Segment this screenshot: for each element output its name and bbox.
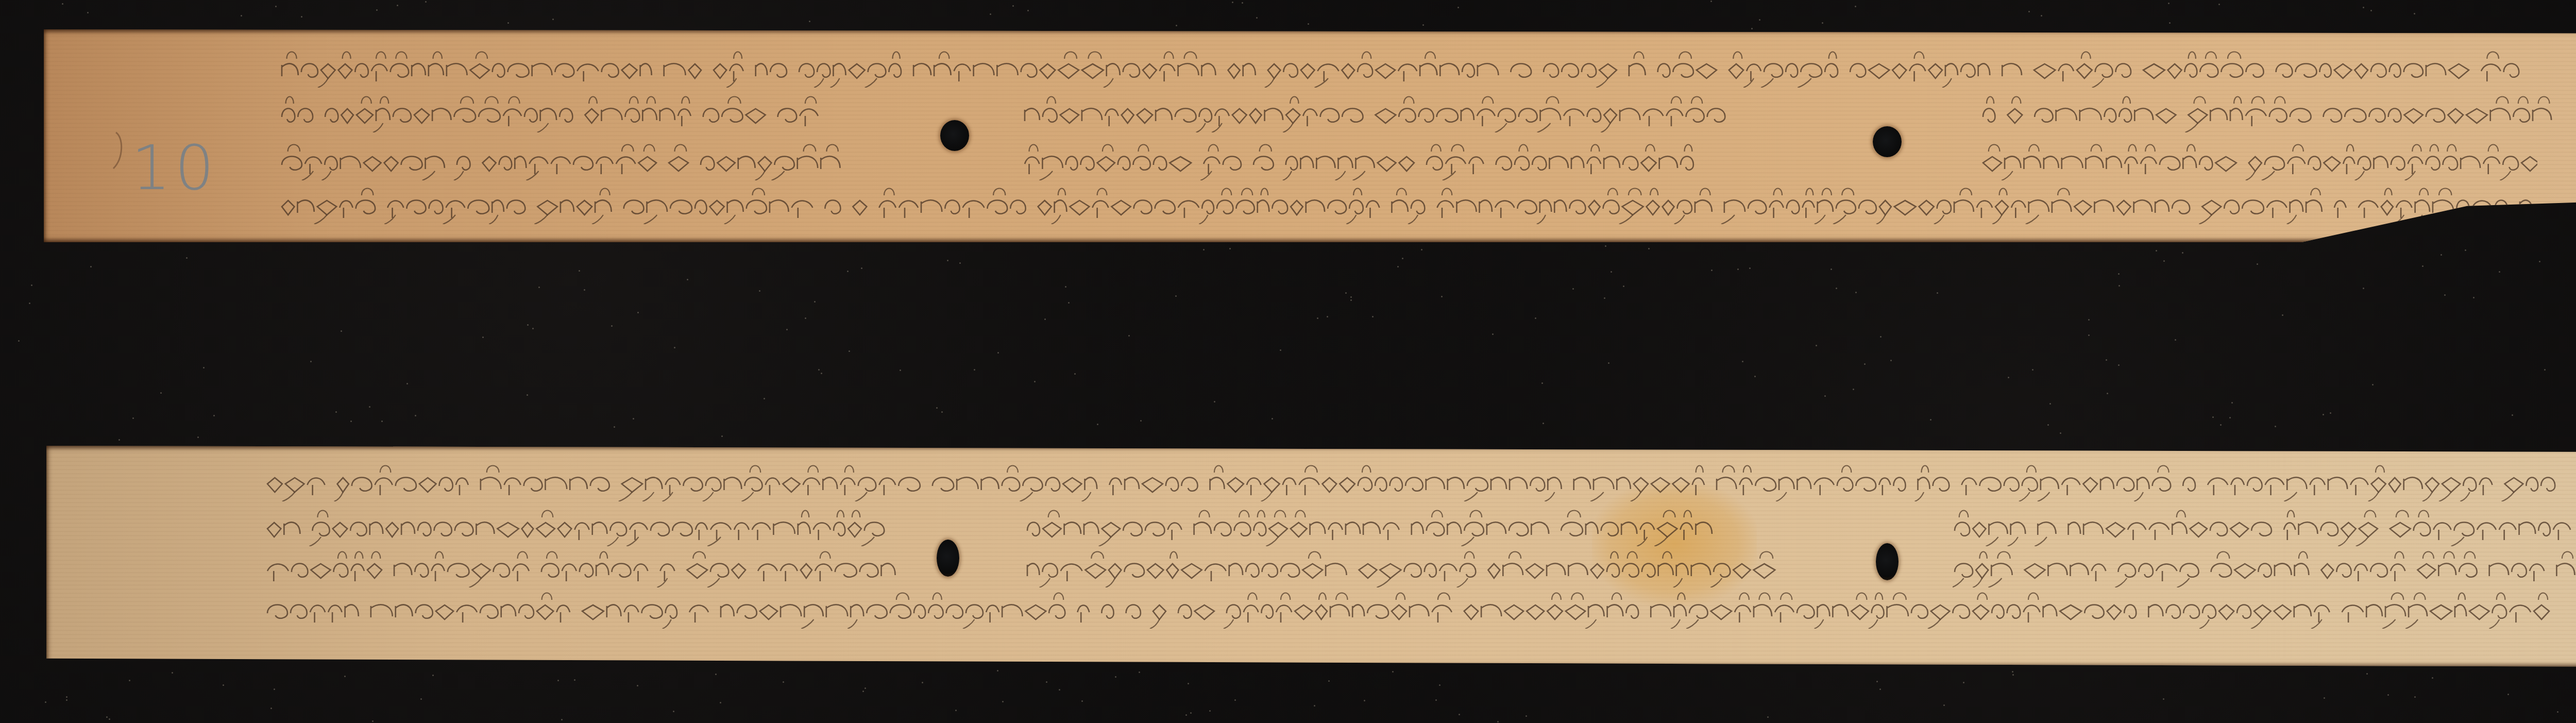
lint-speck xyxy=(2012,674,2014,676)
lint-speck xyxy=(223,684,224,686)
lint-speck xyxy=(1749,267,1751,269)
lint-speck xyxy=(2512,414,2513,416)
lint-speck xyxy=(941,411,943,413)
lint-speck xyxy=(1234,699,1236,701)
lint-speck xyxy=(1879,688,1881,690)
text-line-2c xyxy=(1953,505,2576,546)
lint-speck xyxy=(552,19,554,20)
lint-speck xyxy=(425,1,427,3)
script-glyphs xyxy=(265,505,899,546)
lint-speck xyxy=(809,21,810,22)
lint-speck xyxy=(1458,7,1459,8)
lint-speck xyxy=(1742,361,1743,362)
lint-speck xyxy=(997,352,999,354)
lint-speck xyxy=(1002,701,1004,702)
lint-speck xyxy=(1203,249,1205,250)
lint-speck xyxy=(805,317,806,319)
lint-speck xyxy=(2366,673,2368,675)
lint-speck xyxy=(1831,268,1832,270)
lint-speck xyxy=(2163,698,2164,700)
lint-speck xyxy=(18,340,20,342)
lint-speck xyxy=(2212,416,2214,418)
lint-speck xyxy=(507,22,509,24)
lint-speck xyxy=(1711,270,1713,271)
lint-speck xyxy=(2118,273,2120,275)
lint-speck xyxy=(2544,369,2546,371)
lint-speck xyxy=(2387,694,2389,696)
lint-speck xyxy=(1604,297,1605,299)
lint-speck xyxy=(614,426,615,428)
lint-speck xyxy=(2231,402,2233,403)
text-line-3c xyxy=(1953,546,2576,587)
script-glyphs xyxy=(1023,91,1734,132)
lint-speck xyxy=(1364,700,1365,701)
lint-speck xyxy=(1751,28,1753,29)
script-glyphs xyxy=(280,46,2536,88)
lint-speck xyxy=(1372,316,1374,317)
lint-speck xyxy=(1422,24,1424,26)
lint-speck xyxy=(1345,292,1347,294)
lint-speck xyxy=(1441,296,1443,297)
lint-speck xyxy=(1027,10,1029,11)
lint-speck xyxy=(1492,333,1494,335)
lint-speck xyxy=(1816,345,1817,346)
lint-speck xyxy=(1242,2,1243,4)
lint-speck xyxy=(2363,288,2364,289)
lint-speck xyxy=(557,680,559,681)
lint-speck xyxy=(2499,271,2500,273)
lint-speck xyxy=(2041,15,2042,16)
lint-speck xyxy=(715,674,717,675)
lint-speck xyxy=(2182,252,2183,254)
lint-speck xyxy=(1097,424,1098,425)
lint-speck xyxy=(1608,362,1609,364)
lint-speck xyxy=(1754,376,1756,377)
lint-speck xyxy=(1139,671,1140,673)
lint-speck xyxy=(2257,263,2258,265)
lint-speck xyxy=(2218,4,2220,5)
lint-speck xyxy=(2175,339,2176,341)
lint-speck xyxy=(1439,684,1440,686)
lint-speck xyxy=(2557,711,2558,713)
lint-speck xyxy=(1256,17,1258,19)
lint-speck xyxy=(213,415,215,416)
lint-speck xyxy=(2229,417,2231,418)
lint-speck xyxy=(1065,286,1066,288)
lint-speck xyxy=(2441,254,2442,256)
lint-speck xyxy=(397,5,398,6)
lint-speck xyxy=(637,685,638,686)
lint-speck xyxy=(1459,714,1460,715)
lint-speck xyxy=(1535,317,1536,319)
lint-speck xyxy=(764,398,765,399)
lint-speck xyxy=(2169,22,2171,24)
lint-speck xyxy=(1937,292,1938,294)
lint-speck xyxy=(1880,336,1882,338)
lint-speck xyxy=(1232,2,1233,3)
lint-speck xyxy=(1280,349,1281,351)
lint-speck xyxy=(900,369,901,371)
script-glyphs xyxy=(265,546,899,587)
lint-speck xyxy=(674,347,675,348)
lint-speck xyxy=(129,680,130,681)
lint-speck xyxy=(1435,699,1437,701)
lint-speck xyxy=(687,279,688,280)
lint-speck xyxy=(2432,677,2433,679)
lint-speck xyxy=(1822,22,1823,24)
lint-speck xyxy=(1876,681,1878,682)
lint-speck xyxy=(955,710,957,711)
lint-speck xyxy=(1229,248,1231,249)
lint-speck xyxy=(865,687,866,689)
lint-speck xyxy=(1543,423,1544,424)
lint-speck xyxy=(482,337,484,338)
lint-speck xyxy=(197,436,199,438)
script-glyphs xyxy=(265,460,2573,501)
lint-speck xyxy=(406,383,408,384)
lint-speck xyxy=(2118,364,2120,366)
lint-speck xyxy=(344,676,346,677)
lint-speck xyxy=(2012,671,2013,672)
lint-speck xyxy=(2049,403,2051,405)
lint-speck xyxy=(415,415,416,416)
lint-speck xyxy=(118,439,120,441)
lint-speck xyxy=(1421,249,1422,250)
lint-speck xyxy=(1328,680,1330,682)
lint-speck xyxy=(270,708,272,709)
lint-speck xyxy=(1855,6,1856,7)
lint-speck xyxy=(2414,13,2415,14)
lint-speck xyxy=(538,287,540,288)
lint-speck xyxy=(579,270,580,272)
lint-speck xyxy=(1710,1,1712,2)
lint-speck xyxy=(341,330,342,332)
lint-speck xyxy=(959,262,961,264)
text-line-1 xyxy=(280,46,2536,88)
lint-speck xyxy=(132,417,134,419)
lint-speck xyxy=(1209,710,1211,712)
lint-speck xyxy=(861,267,862,269)
lint-speck xyxy=(1044,318,1046,320)
lint-speck xyxy=(45,701,46,703)
lint-speck xyxy=(172,672,173,674)
lint-speck xyxy=(62,3,63,5)
lint-speck xyxy=(1943,704,1945,706)
lint-speck xyxy=(2465,249,2466,251)
lint-speck xyxy=(1824,395,1826,397)
lint-speck xyxy=(1327,316,1328,317)
script-glyphs xyxy=(1953,505,2576,546)
lint-speck xyxy=(1759,19,1760,21)
lint-speck xyxy=(2156,250,2157,251)
lint-speck xyxy=(2088,319,2090,321)
lint-speck xyxy=(783,681,784,683)
lint-speck xyxy=(1081,700,1083,702)
lint-speck xyxy=(1526,715,1527,717)
text-line-3b xyxy=(1025,546,1783,587)
lint-speck xyxy=(376,9,378,11)
lint-speck xyxy=(1115,676,1116,678)
lint-speck xyxy=(1623,285,1624,287)
lint-speck xyxy=(335,411,337,413)
lint-speck xyxy=(2539,261,2540,262)
text-line-3a xyxy=(280,139,857,180)
script-glyphs xyxy=(280,91,836,132)
script-glyphs xyxy=(1981,139,2537,180)
script-glyphs xyxy=(1953,546,2576,587)
script-glyphs xyxy=(280,139,857,180)
lint-speck xyxy=(274,688,275,690)
lint-speck xyxy=(922,682,923,683)
text-line-3c xyxy=(1981,139,2537,180)
script-glyphs xyxy=(280,183,2541,224)
text-line-2c xyxy=(1981,91,2563,132)
lint-speck xyxy=(1890,360,1892,361)
lint-speck xyxy=(849,350,850,352)
lint-speck xyxy=(87,12,89,13)
lint-speck xyxy=(2363,7,2364,8)
lint-speck xyxy=(1068,302,1070,304)
lint-speck xyxy=(721,435,723,437)
lint-speck xyxy=(936,407,938,409)
lint-speck xyxy=(2324,697,2325,699)
lint-speck xyxy=(29,302,30,304)
lint-speck xyxy=(1541,382,1543,384)
lint-speck xyxy=(2119,285,2120,287)
lint-speck xyxy=(1128,335,1130,337)
lint-speck xyxy=(2047,424,2049,426)
text-line-2a xyxy=(280,91,836,132)
lint-speck xyxy=(2168,3,2170,4)
lint-speck xyxy=(862,691,864,692)
binding-hole-right xyxy=(1873,126,1902,157)
lint-speck xyxy=(1074,373,1076,375)
lint-speck xyxy=(1190,712,1192,714)
lint-speck xyxy=(1611,271,1612,273)
lint-speck xyxy=(275,6,277,7)
lint-speck xyxy=(1175,295,1177,297)
lint-speck xyxy=(2060,432,2061,434)
lint-speck xyxy=(818,369,820,371)
lint-speck xyxy=(759,290,760,292)
lint-speck xyxy=(2008,377,2009,378)
lint-speck xyxy=(847,271,849,272)
lint-speck xyxy=(2414,696,2416,698)
lint-speck xyxy=(1350,299,1352,301)
lint-speck xyxy=(786,329,788,330)
lint-speck xyxy=(1059,689,1060,691)
lint-speck xyxy=(2422,265,2424,267)
lint-speck xyxy=(2330,412,2331,414)
lint-speck xyxy=(574,679,575,681)
lint-speck xyxy=(1188,683,1189,684)
text-line-3a xyxy=(265,546,899,587)
lint-speck xyxy=(584,289,585,291)
lint-speck xyxy=(186,257,188,259)
lint-speck xyxy=(633,418,634,419)
lint-speck xyxy=(2323,414,2324,415)
lint-speck xyxy=(1350,296,1352,298)
script-glyphs xyxy=(1025,546,1783,587)
lint-speck xyxy=(90,266,92,267)
lint-speck xyxy=(2507,694,2509,695)
lint-speck xyxy=(2220,424,2222,426)
lint-speck xyxy=(350,421,352,422)
lint-speck xyxy=(2473,297,2475,298)
script-glyphs xyxy=(1981,91,2563,132)
lint-speck xyxy=(527,394,528,396)
lint-speck xyxy=(1605,245,1606,247)
lint-speck xyxy=(1767,716,1769,718)
lint-speck xyxy=(1853,389,1854,390)
palm-leaf-bottom xyxy=(46,446,2576,667)
margin-mark-glyph xyxy=(106,127,126,174)
script-glyphs xyxy=(265,587,2563,629)
lint-speck xyxy=(432,675,434,676)
lint-speck xyxy=(974,369,975,371)
lint-speck xyxy=(1176,25,1177,26)
lint-speck xyxy=(1046,681,1047,683)
lint-speck xyxy=(160,392,162,394)
lint-speck xyxy=(2107,393,2108,394)
lint-speck xyxy=(1314,705,1315,707)
text-line-4 xyxy=(280,183,2541,224)
lint-speck xyxy=(1836,288,1837,289)
lint-speck xyxy=(2370,10,2372,11)
lint-speck xyxy=(2444,294,2446,296)
lint-speck xyxy=(561,719,563,720)
lint-speck xyxy=(66,699,67,701)
text-line-2a xyxy=(265,505,899,546)
lint-speck xyxy=(1034,381,1036,382)
lint-speck xyxy=(1930,419,1931,421)
lint-speck xyxy=(1963,682,1964,683)
lint-speck xyxy=(1648,248,1650,249)
lint-speck xyxy=(369,406,370,408)
lint-speck xyxy=(1402,258,1403,259)
lint-speck xyxy=(2163,260,2165,262)
lint-speck xyxy=(2032,369,2033,371)
text-line-4 xyxy=(265,587,2563,629)
lint-speck xyxy=(1214,401,1215,402)
script-glyphs xyxy=(1023,139,1703,180)
lint-speck xyxy=(1317,317,1318,319)
lint-speck xyxy=(532,328,534,329)
lint-speck xyxy=(372,720,374,722)
lint-speck xyxy=(637,312,639,313)
lint-speck xyxy=(1855,292,1857,293)
lint-speck xyxy=(1392,671,1394,672)
lint-speck xyxy=(1308,23,1309,25)
binding-hole-left xyxy=(937,540,959,577)
lint-speck xyxy=(381,421,383,422)
lint-speck xyxy=(997,670,998,671)
text-line-2b xyxy=(1023,91,1734,132)
text-line-1 xyxy=(265,460,2573,501)
binding-hole-right xyxy=(1876,543,1899,580)
leaf-number-annotation: 10 xyxy=(131,132,218,204)
lint-speck xyxy=(720,702,721,703)
lint-speck xyxy=(301,16,302,18)
lint-speck xyxy=(1185,714,1187,716)
lint-speck xyxy=(947,260,948,261)
lint-speck xyxy=(1572,288,1574,290)
lint-speck xyxy=(1272,418,1273,419)
lint-speck xyxy=(31,284,32,286)
lint-speck xyxy=(611,325,613,327)
lint-speck xyxy=(1012,5,1014,7)
lint-speck xyxy=(1140,420,1142,422)
lint-speck xyxy=(1397,266,1399,267)
lint-speck xyxy=(673,711,674,712)
lint-speck xyxy=(821,373,822,374)
lint-speck xyxy=(2028,11,2030,12)
lint-speck xyxy=(241,15,242,16)
script-glyphs xyxy=(1025,505,1721,546)
lint-speck xyxy=(2088,334,2090,336)
lint-speck xyxy=(1864,363,1866,365)
binding-hole-left xyxy=(940,120,969,151)
lint-speck xyxy=(2106,359,2107,361)
lint-speck xyxy=(420,698,422,700)
lint-speck xyxy=(109,718,110,720)
text-line-2b xyxy=(1025,505,1721,546)
lint-speck xyxy=(1497,721,1499,722)
lint-speck xyxy=(106,716,108,718)
text-line-3b xyxy=(1023,139,1703,180)
lint-speck xyxy=(1737,268,1739,270)
lint-speck xyxy=(527,324,529,326)
lint-speck xyxy=(203,367,205,368)
lint-speck xyxy=(2372,384,2374,385)
lint-speck xyxy=(2282,314,2283,316)
lint-speck xyxy=(2275,426,2276,427)
palm-leaf-top: 10 xyxy=(44,29,2576,242)
lint-speck xyxy=(990,13,991,15)
lint-speck xyxy=(310,361,312,362)
lint-speck xyxy=(66,696,67,698)
lint-speck xyxy=(814,301,816,302)
